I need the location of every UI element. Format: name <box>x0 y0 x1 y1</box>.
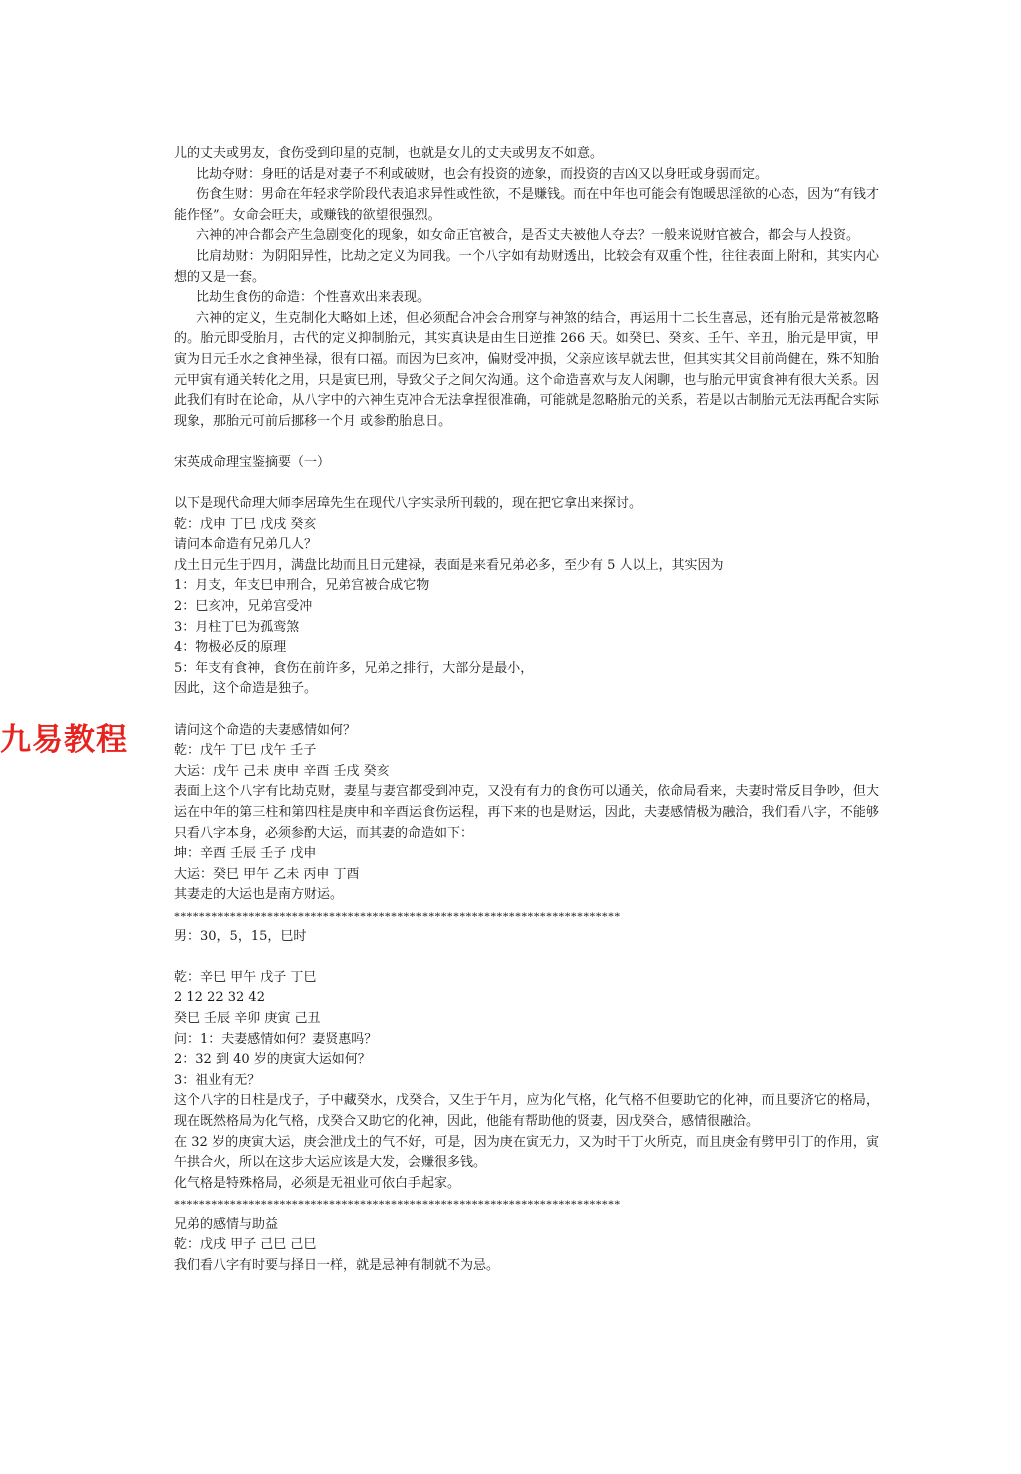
section-title: 兄弟的感情与助益 <box>174 1215 879 1236</box>
dayun-line: 大运：癸巳 甲午 乙未 丙申 丁酉 <box>174 865 879 886</box>
list-item: 4：物极必反的原理 <box>174 638 879 659</box>
dayun-ages-line: 2 12 22 32 42 <box>174 988 879 1009</box>
paragraph: 六神的冲合都会产生急剧变化的现象，如女命正官被合，是否丈夫被他人夺去？一般来说财… <box>174 226 879 247</box>
paragraph: 我们看八字有时要与择日一样，就是忌神有制就不为忌。 <box>174 1256 879 1277</box>
question-line: 请问这个命造的夫妻感情如何？ <box>174 721 879 742</box>
question-line: 请问本命造有兄弟几人？ <box>174 535 879 556</box>
list-item: 1：月支，年支巳申刑合，兄弟宫被合成它物 <box>174 576 879 597</box>
watermark-logo: 九易教程 <box>0 720 128 760</box>
question-line: 问：1：夫妻感情如何？妻贤惠吗？ <box>174 1030 879 1051</box>
paragraph: 比肩劫财：为阴阳异性，比劫之定义为同我。一个八字如有劫财透出，比较会有双重个性，… <box>174 247 879 288</box>
paragraph: 比劫生食伤的命造：个性喜欢出来表现。 <box>174 288 879 309</box>
bazi-chart-line: 乾：戊申 丁巳 戊戌 癸亥 <box>174 515 879 536</box>
paragraph: 六神的定义，生克制化大略如上述，但必须配合冲会合刑穿与神煞的结合，再运用十二长生… <box>174 309 879 433</box>
blank-line <box>174 432 879 453</box>
bazi-chart-line: 乾：辛巳 甲午 戊子 丁巳 <box>174 968 879 989</box>
paragraph: 儿的丈夫或男友，食伤受到印星的克制，也就是女儿的丈夫或男友不如意。 <box>174 144 879 165</box>
paragraph: 比劫夺财：身旺的话是对妻子不利或破财，也会有投资的迹象，而投资的吉凶又以身旺或身… <box>174 165 879 186</box>
question-line: 2：32 到 40 岁的庚寅大运如何？ <box>174 1050 879 1071</box>
paragraph: 以下是现代命理大师李居璋先生在现代八字实录所刊载的，现在把它拿出来探讨。 <box>174 494 879 515</box>
paragraph: 化气格是特殊格局，必须是无祖业可依白手起家。 <box>174 1174 879 1195</box>
paragraph: 伤食生财：男命在年轻求学阶段代表追求异性或性欲，不是赚钱。而在中年也可能会有饱暖… <box>174 185 879 226</box>
list-item: 3：月柱丁巳为孤鸾煞 <box>174 618 879 639</box>
bazi-chart-line: 乾：戊午 丁巳 戊午 壬子 <box>174 741 879 762</box>
list-item: 2：巳亥冲，兄弟宫受冲 <box>174 597 879 618</box>
blank-line <box>174 474 879 495</box>
conclusion-line: 因此，这个命造是独子。 <box>174 679 879 700</box>
blank-line <box>174 947 879 968</box>
document-page: 儿的丈夫或男友，食伤受到印星的克制，也就是女儿的丈夫或男友不如意。 比劫夺财：身… <box>174 144 879 1277</box>
section-title: 宋英成命理宝鉴摘要（一） <box>174 453 879 474</box>
birth-info-line: 男：30，5，15，巳时 <box>174 927 879 948</box>
paragraph: 这个八字的日柱是戊子，子中藏癸水，戊癸合，又生于午月，应为化气格，化气格不但要助… <box>174 1091 879 1132</box>
divider-stars: ****************************************… <box>174 906 672 927</box>
question-line: 3：祖业有无？ <box>174 1071 879 1092</box>
divider-stars: ****************************************… <box>174 1194 672 1215</box>
paragraph: 表面上这个八字有比劫克财，妻星与妻宫都受到冲克，又没有有力的食伤可以通关，依命局… <box>174 782 879 844</box>
paragraph: 在 32 岁的庚寅大运，庚会泄戊土的气不好，可是，因为庚在寅无力，又为时干丁火所… <box>174 1133 879 1174</box>
bazi-chart-line: 乾：戊戌 甲子 己巳 己巳 <box>174 1235 879 1256</box>
blank-line <box>174 700 879 721</box>
paragraph: 戊土日元生于四月，满盘比劫而且日元建禄，表面是来看兄弟必多，至少有 5 人以上，… <box>174 556 879 577</box>
bazi-chart-line: 坤：辛酉 壬辰 壬子 戊申 <box>174 844 879 865</box>
dayun-line: 癸巳 壬辰 辛卯 庚寅 己丑 <box>174 1009 879 1030</box>
dayun-line: 大运：戊午 己未 庚申 辛酉 壬戌 癸亥 <box>174 762 879 783</box>
list-item: 5：年支有食神，食伤在前许多，兄弟之排行，大部分是最小， <box>174 659 879 680</box>
paragraph: 其妻走的大运也是南方财运。 <box>174 885 879 906</box>
